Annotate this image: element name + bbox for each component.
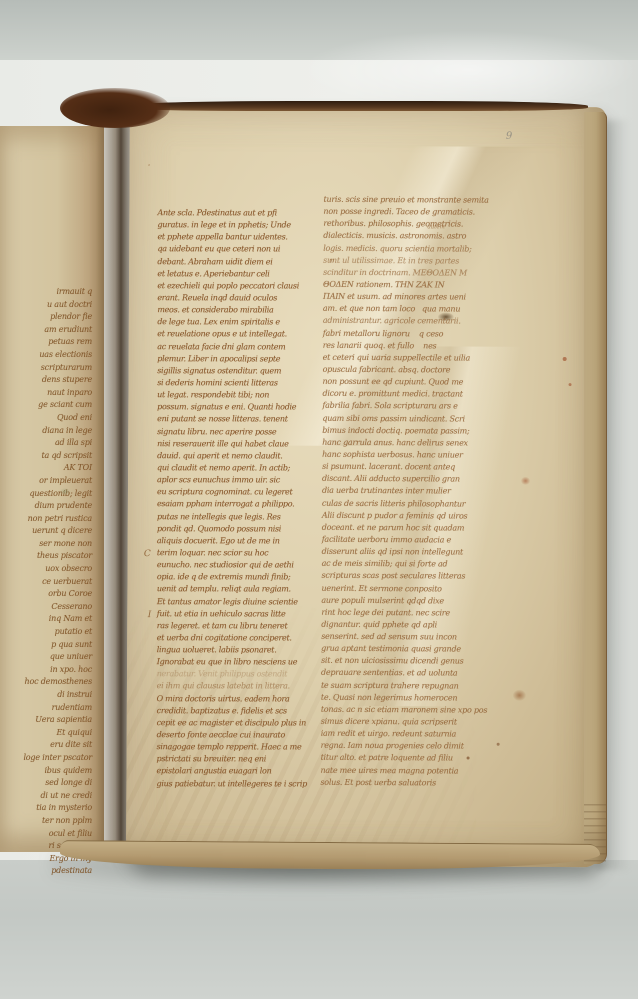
folio-number: 9	[506, 131, 512, 142]
recto-page: 9 · C I Ante scla. Pdestinatus aut et pf…	[126, 105, 606, 867]
manuscript-text-line: et ezechieli qui poplo peccatori clausi	[157, 280, 309, 292]
manuscript-text-line: rint hoc lege dei putant. nec scire	[321, 607, 531, 620]
manuscript-text-line: de lege tua. Lex enim spiritalis e	[157, 316, 309, 328]
manuscript-text-line: questionib; legit	[0, 488, 92, 501]
manuscript-text-line: discant. Alii adducto supercilio gran	[322, 473, 532, 486]
manuscript-text-line: lingua uolueret. labiis psonaret.	[157, 644, 309, 656]
manuscript-text-line: aliquis docuerit. Ego ut de me in	[157, 535, 309, 547]
manuscript-text-line: ibus quidem	[0, 765, 92, 778]
manuscript-text-line: uerunt q dicere	[0, 525, 92, 538]
manuscript-text-line: rethoribus. philosophis. geometricis.	[323, 218, 533, 231]
manuscript-text-line: turis. scis sine preuio et monstrante se…	[323, 194, 533, 207]
manuscript-text-line: opia. ide q de extremis mundi finib;	[157, 571, 309, 583]
manuscript-text-line: si psumunt. lacerant. docent anteq	[322, 461, 532, 474]
manuscript-text-line: ta qd scripsit	[0, 450, 92, 463]
manuscript-text-line: rudentiam	[0, 702, 92, 715]
manuscript-text-line: dauid. qui aperit et nemo claudit.	[157, 450, 309, 462]
manuscript-text-line: esaiam ppham interrogat a philippo.	[157, 499, 309, 511]
manuscript-text-line: Alii discunt p pudor a feminis qd uiros	[322, 509, 532, 522]
manuscript-text-line: Ante scla. Pdestinatus aut et pfi	[157, 207, 309, 219]
margin-initial: I	[148, 610, 151, 620]
manuscript-text-line: fabri metalloru lignoru q ceso	[323, 327, 533, 340]
ink-speck	[569, 383, 572, 386]
manuscript-text-line: orbu Coroe	[0, 588, 92, 601]
manuscript-text-line: solus. Et post uerba saluatoris	[320, 777, 530, 790]
manuscript-text-line: ras legeret. et tam cu libru teneret	[157, 620, 309, 632]
manuscript-text-line: que uniuer	[0, 651, 92, 664]
manuscript-text-line: nerabatur. Venit philippus ostendit	[157, 669, 309, 681]
manuscript-text-line: eni putant se nosse litteras. tenent	[157, 414, 309, 426]
manuscript-text-line: terim loquar. nec scior su hoc	[157, 547, 309, 559]
manuscript-text-line: scripturas scas post seculares litteras	[321, 570, 531, 583]
manuscript-text-line: signatu libru. nec aperire posse	[157, 426, 309, 438]
manuscript-text-line: hanc garrula anus. hanc delirus senex	[322, 437, 532, 450]
manuscript-text-line: ei ihm qui clausus latebat in littera.	[157, 681, 309, 693]
manuscript-text-line: et letatus e. Aperiebantur celi	[157, 268, 309, 280]
manuscript-text-line: naut inparo	[0, 387, 92, 400]
manuscript-text-line: credidit. baptizatus e. fidelis et scs	[157, 705, 309, 717]
manuscript-text-line: gius patiebatur. ut intellegeres te i sc…	[157, 778, 309, 790]
manuscript-text-line: non posse ingredi. Taceo de gramaticis.	[323, 206, 533, 219]
manuscript-text-line: p qua sunt	[0, 639, 92, 652]
facing-page: irmauit qu aut doctriplendor fieam erudi…	[0, 126, 104, 852]
manuscript-text-line: ocul et filiu	[0, 828, 92, 841]
manuscript-text-line: epistolari angustia euagari lon	[157, 766, 309, 778]
manuscript-text-line: qui claudit et nemo aperit. In actib;	[157, 462, 309, 474]
manuscript-text-line: tonas. ac n sic etiam maronem sine xpo p…	[321, 704, 531, 717]
manuscript-text-line: dium prudente	[0, 500, 92, 513]
manuscript-text-line: or impleuerat	[0, 475, 92, 488]
manuscript-text-line: in xpo. hoc	[0, 664, 92, 677]
manuscript-text-line: inq Nam et	[0, 613, 92, 626]
manuscript-text-line: putatio et	[0, 626, 92, 639]
right-text-column: autem m turis. scis sine preuio et monst…	[320, 158, 533, 790]
manuscript-text-line: ac de meis similib; qui si forte ad	[322, 558, 532, 571]
manuscript-text-line: uenit ad templu. reliqt aula regiam.	[157, 584, 309, 596]
manuscript-text-line: cepit ee ac magister et discipulo plus i…	[157, 717, 309, 729]
manuscript-text-line: sed longe di	[0, 777, 92, 790]
manuscript-text-line: qa uidebant eu que ceteri non ui	[157, 244, 309, 256]
manuscript-text-line: sunt ul utilissimae. Et in tres partes	[323, 254, 533, 267]
manuscript-text-line: hanc sophista uerbosus. hanc uniuer	[322, 449, 532, 462]
manuscript-text-line: theus piscator	[0, 550, 92, 563]
manuscript-text-line: debant. Abraham uidit diem ei	[157, 256, 309, 268]
manuscript-text-line: et pphete appella bantur uidentes.	[157, 231, 309, 243]
manuscript-text-line: sinagogae templo repperit. Haec a me	[157, 741, 309, 753]
manuscript-text-line: non petri rustica	[0, 513, 92, 526]
manuscript-text-line: ter non pplm	[0, 815, 92, 828]
manuscript-text-line: ut legat. respondebit tibi; non	[157, 389, 309, 401]
manuscript-text-line: disserunt aliis qd ipsi non intellegunt	[322, 546, 532, 559]
manuscript-text-line: plemur. Liber in apocalipsi septe	[157, 353, 309, 365]
manuscript-text-line: sit. et non uiciosissimu dicendi genus	[321, 655, 531, 668]
margin-mark: ·	[148, 161, 151, 171]
manuscript-text-line: O mira doctoris uirtus. eadem hora	[157, 693, 309, 705]
manuscript-text-line: diana in lege	[0, 425, 92, 438]
manuscript-text-line: Uera sapientia	[0, 714, 92, 727]
manuscript-text-line: petuas rem	[0, 336, 92, 349]
manuscript-text-line: te suam scriptura trahere repugnan	[321, 679, 531, 692]
manuscript-text-line: titur alto. et patre loquente ad filiu	[321, 752, 531, 765]
manuscript-text-line: et reuelatione opus e ut intellegat.	[157, 329, 309, 341]
backdrop-highlight	[300, 30, 638, 110]
manuscript-text-line: logis. medicis. quoru scientia mortalib;	[323, 242, 533, 255]
manuscript-text-line: iam redit et uirgo. redeunt saturnia	[321, 728, 531, 741]
manuscript-text-line: dia uerba trutinantes inter mulier	[322, 485, 532, 498]
manuscript-text-line: res lanarii quoq. et fullo nes	[323, 339, 533, 352]
manuscript-text-line: aplor scs eunuchus immo uir. sic	[157, 474, 309, 486]
manuscript-text-line: am erudiunt	[0, 324, 92, 337]
manuscript-text-line: eunucho. nec studiosior qui de aethi	[157, 559, 309, 571]
manuscript-text-line: fabrilia fabri. Sola scripturaru ars e	[322, 400, 532, 413]
manuscript-text-line: ad illa spi	[0, 437, 92, 450]
manuscript-photo: irmauit qu aut doctriplendor fieam erudi…	[0, 0, 638, 999]
manuscript-text-line: nisi reserauerit ille qui habet claue	[157, 438, 309, 450]
manuscript-text-line: ΘΟΔΕΝ rationem. ΤΗΝ ΖΑΚ ΙΝ	[323, 279, 533, 292]
manuscript-text-line: scripturarum	[0, 362, 92, 375]
manuscript-text-line: administrantur. agricole cementarii.	[323, 315, 533, 328]
manuscript-text-line: putas ne intellegis que legis. Res	[157, 511, 309, 523]
manuscript-text-line: plendor fie	[0, 311, 92, 324]
manuscript-text-line: AK TOI	[0, 462, 92, 475]
manuscript-text-line: eu scriptura cognominat. cu legeret	[157, 486, 309, 498]
manuscript-text-line: irmauit q	[0, 286, 92, 299]
manuscript-text-line: pstrictati su breuiter. neq eni	[157, 753, 309, 765]
manuscript-text-line: dicoru e. promittunt medici. tractant	[322, 388, 532, 401]
manuscript-text-line: dialecticis. musicis. astronomis. astro	[323, 230, 533, 243]
fore-edge	[584, 112, 607, 864]
manuscript-text-line: non possunt ee qd cupiunt. Quod me	[323, 376, 533, 389]
manuscript-text-line: ΠΑΙΝ et usum. ad minores artes ueni	[323, 291, 533, 304]
damaged-headband	[60, 88, 170, 128]
manuscript-text-line: aure populi mulserint qdqd dixe	[321, 594, 531, 607]
manuscript-text-line: et ceteri qui uaria suppellectile et uil…	[323, 352, 533, 365]
manuscript-text-line: am. et que non tam loco qua manu	[323, 303, 533, 316]
manuscript-text-line: grua aptant testimonia quasi grande	[321, 643, 531, 656]
manuscript-text-line: di instrui	[0, 689, 92, 702]
manuscript-text-line: culas de sacris litteris philosophantur	[322, 497, 532, 510]
manuscript-text-line: erant. Reuela inqd dauid oculos	[157, 292, 309, 304]
manuscript-text-line: deserto fonte aecclae cui inaurato	[157, 729, 309, 741]
green-smudge	[60, 488, 70, 495]
manuscript-text-line: si dederis homini scienti litteras	[157, 377, 309, 389]
manuscript-text-line: possum. signatus e eni. Quanti hodie	[157, 401, 309, 413]
manuscript-text-line: ac reuelata facie dni glam contem	[157, 341, 309, 353]
manuscript-text-line: quam sibi oms passim uindicant. Scri	[322, 412, 532, 425]
manuscript-text-line: scinditur in doctrinam. ΜΕΘΟΔΕΝ Μ	[323, 267, 533, 280]
manuscript-text-line: doceant. et ne parum hoc sit quadam	[322, 522, 532, 535]
manuscript-text-line: Et tantus amator legis diuine scientie	[157, 596, 309, 608]
manuscript-text-line: eru dite sit	[0, 739, 92, 752]
book-top-edge	[110, 101, 588, 111]
manuscript-text-line: Et quiqui	[0, 727, 92, 740]
manuscript-text-line: fuit. ut etia in uehiculo sacras litte	[157, 608, 309, 620]
manuscript-text-line: simus dicere xpianu. quia scripserit	[321, 716, 531, 729]
manuscript-text-line: facilitate uerboru immo audacia e	[322, 534, 532, 547]
manuscript-text-line: pondit qd. Quomodo possum nisi	[157, 523, 309, 535]
manuscript-text-line: bimus indocti doctiq. poemata passim;	[322, 424, 532, 437]
manuscript-text-line: senserint. sed ad sensum suu incon	[321, 631, 531, 644]
manuscript-text-line: opuscula fabricant. absq. doctore	[323, 364, 533, 377]
manuscript-text-line: pdestinata	[0, 865, 92, 878]
manuscript-text-line: hoc demosthenes	[0, 676, 92, 689]
left-text-column: · C I Ante scla. Pdestinatus aut et pfig…	[157, 162, 310, 790]
manuscript-text-line: u aut doctri	[0, 299, 92, 312]
manuscript-text-line: nate mee uires mea magna potentia	[320, 764, 530, 777]
manuscript-text-line: ge sciant cum	[0, 399, 92, 412]
manuscript-text-line: meos. et considerabo mirabilia	[157, 304, 309, 316]
manuscript-text-line: uenerint. Et sermone conposito	[321, 582, 531, 595]
facing-page-column: irmauit qu aut doctriplendor fieam erudi…	[0, 286, 92, 878]
margin-initial: C	[144, 549, 151, 559]
manuscript-text-line: Cesserano	[0, 601, 92, 614]
manuscript-text-line: di ut ne credi	[0, 790, 92, 803]
manuscript-text-line: te. Quasi non legerimus homerocen	[321, 692, 531, 705]
manuscript-text-line: uas electionis	[0, 349, 92, 362]
manuscript-text-line: ser mone non	[0, 538, 92, 551]
manuscript-text-line: loge inter pscator	[0, 752, 92, 765]
manuscript-text-line: tia in mysterio	[0, 802, 92, 815]
manuscript-text-line: et uerba dni cogitatione conciperet.	[157, 632, 309, 644]
manuscript-text-line: dignantur. quid pphete qd apli	[321, 619, 531, 632]
manuscript-text-line: deprauare sententias. et ad uolunta	[321, 667, 531, 680]
ink-speck	[563, 357, 567, 361]
manuscript-text-line: uox obsecro	[0, 563, 92, 576]
manuscript-text-line: ce uerbuerat	[0, 576, 92, 589]
manuscript-text-line: guratus. in lege et in pphetis; Unde	[157, 219, 309, 231]
manuscript-text-line: sigillis signatus ostenditur. quem	[157, 365, 309, 377]
manuscript-text-line: dens stupere	[0, 374, 92, 387]
manuscript-text-line: regna. Iam noua progenies celo dimit	[321, 740, 531, 753]
manuscript-text-line: Ignorabat eu que in libro nesciens ue	[157, 656, 309, 668]
manuscript-text-line: Quod eni	[0, 412, 92, 425]
